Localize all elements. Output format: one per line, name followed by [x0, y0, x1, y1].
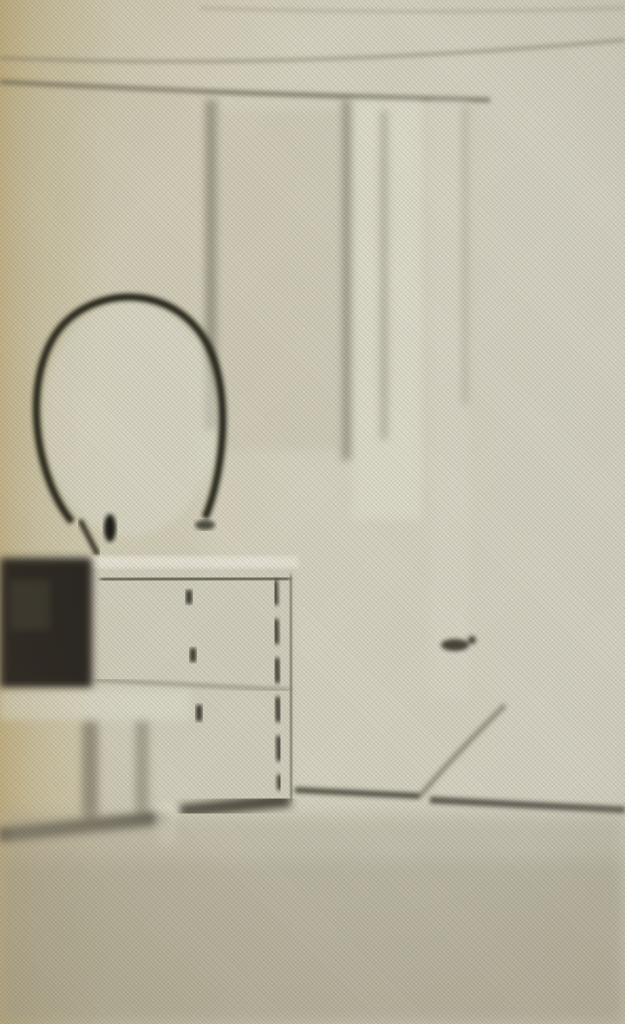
drawer-knob	[196, 705, 202, 721]
chest-of-drawers	[88, 556, 298, 812]
vintage-photograph: Vintage halftone photograph of a bedroom…	[0, 0, 625, 1024]
dark-box	[0, 558, 92, 688]
drawer-knob	[190, 648, 196, 662]
ceiling-cornice	[0, 8, 625, 100]
mirror-ornament	[104, 514, 116, 542]
room-scene	[0, 0, 625, 1024]
drawer-knob	[186, 590, 192, 604]
